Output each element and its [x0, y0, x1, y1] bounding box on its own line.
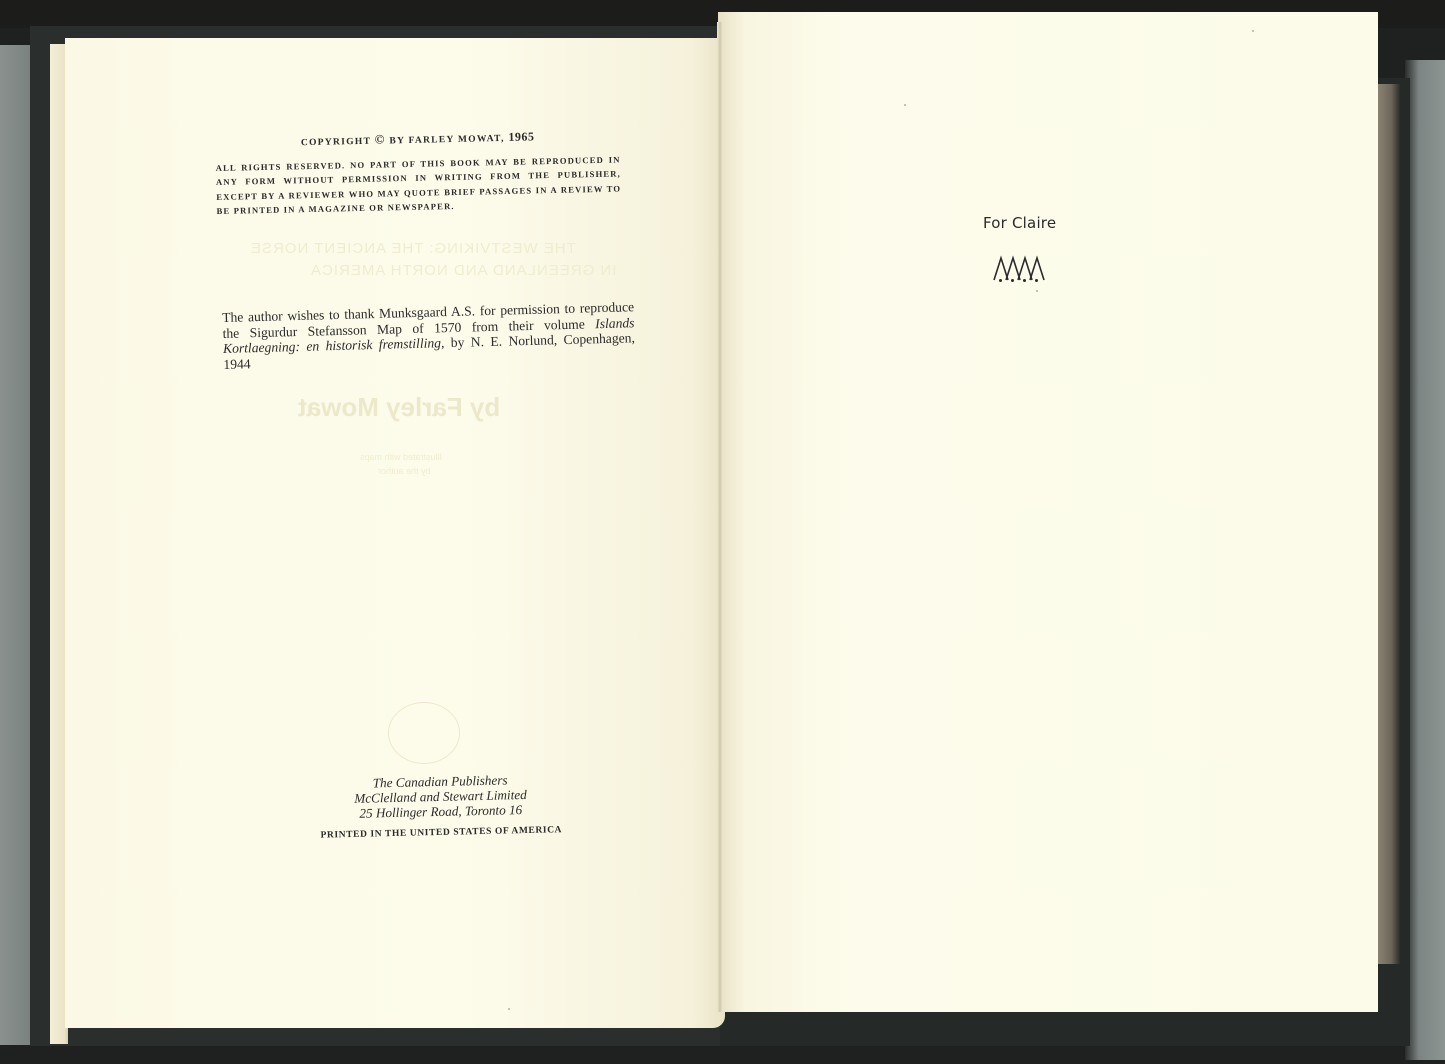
scanner-background-right — [1405, 60, 1445, 1060]
copyright-holder: by Farley Mowat, — [389, 134, 505, 146]
paper-speck — [508, 1008, 510, 1010]
copyright-symbol-icon: © — [374, 131, 385, 146]
publisher-imprint: The Canadian Publishers McClelland and S… — [305, 771, 576, 841]
zigzag-ornament-icon — [992, 254, 1048, 284]
show-through-publisher-emblem — [388, 702, 460, 764]
acknowledgement-paragraph: The author wishes to thank Munksgaard A.… — [222, 299, 635, 372]
page-block-edge-right — [1378, 84, 1400, 964]
copyright-year: 1965 — [508, 129, 534, 144]
paper-speck — [1036, 290, 1038, 292]
dedication-text: For Claire — [983, 214, 1056, 232]
paper-speck — [904, 104, 906, 106]
copyright-prefix: Copyright — [301, 137, 371, 148]
right-page-dedication — [718, 12, 1378, 1012]
rights-reserved-notice: All rights reserved. No part of this boo… — [216, 153, 622, 219]
book-gutter — [717, 22, 723, 1012]
paper-speck — [1252, 30, 1254, 32]
copyright-notice: Copyright © by Farley Mowat, 1965 All ri… — [215, 127, 622, 219]
